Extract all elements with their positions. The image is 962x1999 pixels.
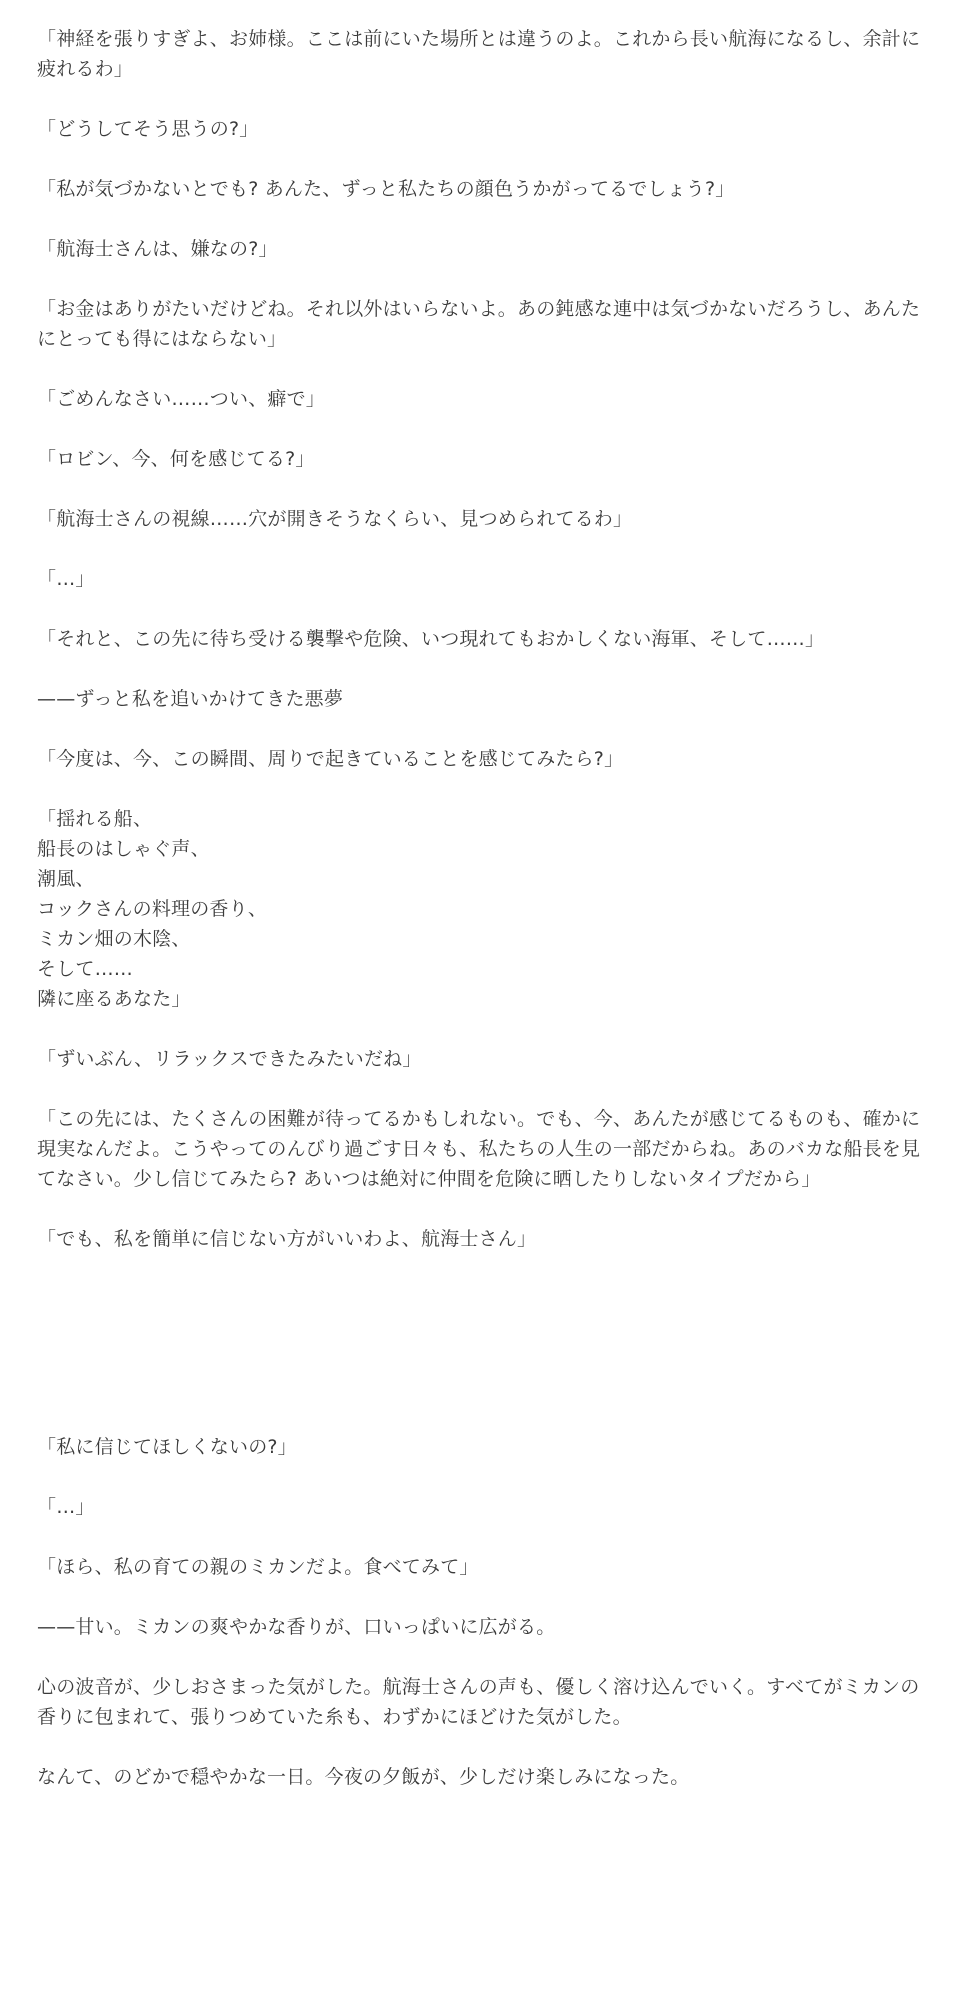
paragraph: 「ロビン、今、何を感じてる?」: [37, 444, 926, 474]
paragraph: 「…」: [37, 564, 926, 594]
paragraph: 「ごめんなさい……つい、癖で」: [37, 384, 926, 414]
paragraph: 「ほら、私の育ての親のミカンだよ。食べてみて」: [37, 1552, 926, 1582]
paragraph: 「航海士さんは、嫌なの?」: [37, 234, 926, 264]
paragraph: 「今度は、今、この瞬間、周りで起きていることを感じてみたら?」: [37, 744, 926, 774]
paragraph: 「お金はありがたいだけどね。それ以外はいらないよ。あの鈍感な連中は気づかないだろ…: [37, 294, 926, 354]
paragraph: 「ずいぶん、リラックスできたみたいだね」: [37, 1044, 926, 1074]
poem-paragraph: 「揺れる船、 船長のはしゃぐ声、 潮風、 コックさんの料理の香り、 ミカン畑の木…: [37, 804, 926, 1014]
paragraph: なんて、のどかで穏やかな一日。今夜の夕飯が、少しだけ楽しみになった。: [37, 1762, 926, 1792]
section-break-spacer: [37, 1284, 926, 1432]
story-page: 「神経を張りすぎよ、お姉様。ここは前にいた場所とは違うのよ。これから長い航海にな…: [0, 0, 962, 1792]
paragraph: 「どうしてそう思うの?」: [37, 114, 926, 144]
paragraph: 心の波音が、少しおさまった気がした。航海士さんの声も、優しく溶け込んでいく。すべ…: [37, 1672, 926, 1732]
paragraph: 「神経を張りすぎよ、お姉様。ここは前にいた場所とは違うのよ。これから長い航海にな…: [37, 24, 926, 84]
story-part-1: 「神経を張りすぎよ、お姉様。ここは前にいた場所とは違うのよ。これから長い航海にな…: [37, 24, 926, 1254]
paragraph: 「…」: [37, 1492, 926, 1522]
paragraph: 「私が気づかないとでも? あんた、ずっと私たちの顔色うかがってるでしょう?」: [37, 174, 926, 204]
paragraph: 「でも、私を簡単に信じない方がいいわよ、航海士さん」: [37, 1224, 926, 1254]
paragraph: 「それと、この先に待ち受ける襲撃や危険、いつ現れてもおかしくない海軍、そして………: [37, 624, 926, 654]
paragraph: 「航海士さんの視線……穴が開きそうなくらい、見つめられてるわ」: [37, 504, 926, 534]
paragraph: 「私に信じてほしくないの?」: [37, 1432, 926, 1462]
story-part-2: 「私に信じてほしくないの?」 「…」 「ほら、私の育ての親のミカンだよ。食べてみ…: [37, 1432, 926, 1792]
paragraph: ——甘い。ミカンの爽やかな香りが、口いっぱいに広がる。: [37, 1612, 926, 1642]
paragraph: ——ずっと私を追いかけてきた悪夢: [37, 684, 926, 714]
paragraph: 「この先には、たくさんの困難が待ってるかもしれない。でも、今、あんたが感じてるも…: [37, 1104, 926, 1194]
